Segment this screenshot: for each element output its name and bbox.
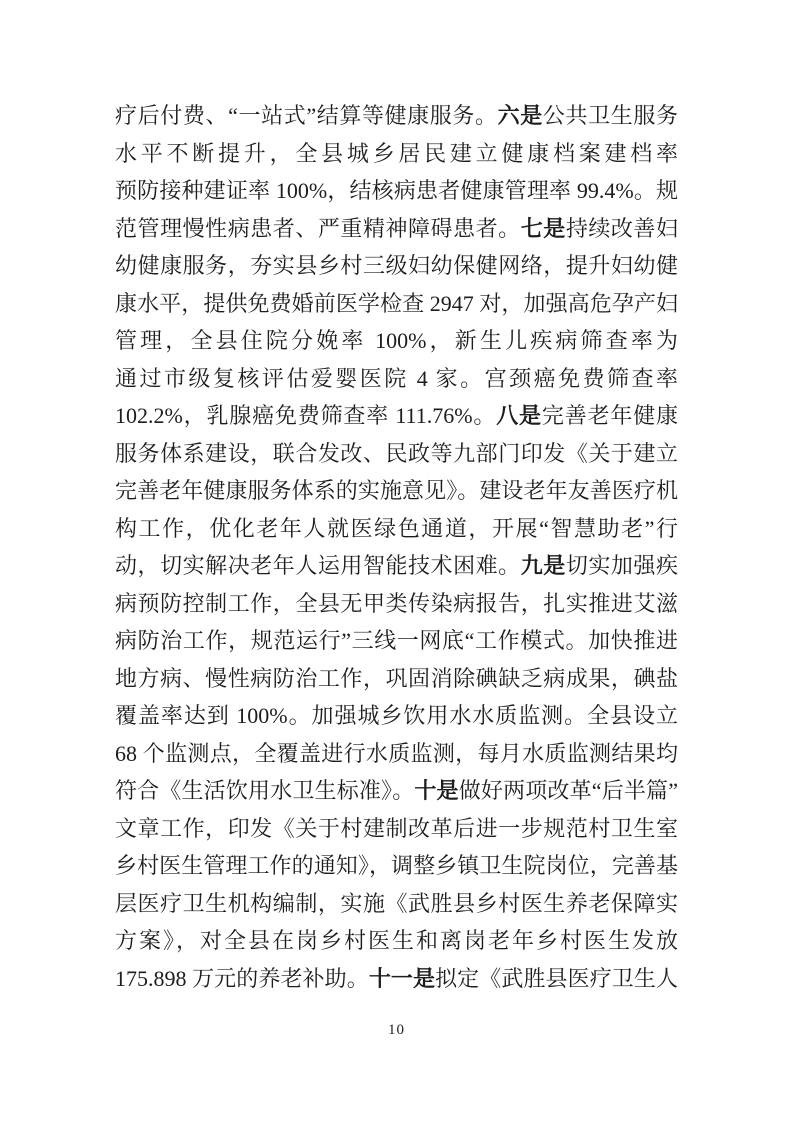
text-run: 病防治工作，规范运行”三线一网底“工作模式。加快推进 (115, 628, 678, 653)
text-line: 病防治工作，规范运行”三线一网底“工作模式。加快推进 (115, 622, 678, 660)
text-run: 动，切实解决老年人运用智能技术困难。 (115, 553, 521, 578)
text-line: 管理，全县住院分娩率 100%，新生儿疾病筛查率为 98%， (115, 322, 678, 360)
text-line: 乡村医生管理工作的通知》，调整乡镇卫生院岗位，完善基 (115, 847, 678, 885)
text-line: 层医疗卫生机构编制，实施《武胜县乡村医生养老保障实施 (115, 885, 678, 923)
text-line: 通过市级复核评估爱婴医院 4 家。宫颈癌免费筛查率 (115, 360, 678, 398)
text-line: 102.2%，乳腺癌免费筛查率 111.76%。八是完善老年健康 (115, 397, 678, 435)
text-line: 服务体系建设，联合发改、民政等九部门印发《关于建立 (115, 435, 678, 473)
text-run: 预防接种建证率 100%，结核病患者健康管理率 99.4%。规 (115, 178, 678, 203)
emphasis-run: 十是 (414, 778, 458, 803)
emphasis-run: 六是 (498, 103, 543, 128)
text-run: 地方病、慢性病防治工作，巩固消除碘缺乏病成果，碘盐 (115, 666, 678, 691)
text-run: 服务体系建设，联合发改、民政等九部门印发《关于建立 (115, 441, 678, 466)
text-block: 疗后付费、“一站式”结算等健康服务。六是公共卫生服务水平不断提升，全县城乡居民建… (115, 97, 678, 997)
text-line: 68 个监测点，全覆盖进行水质监测，每月水质监测结果均 (115, 735, 678, 773)
text-run: 构工作，优化老年人就医绿色通道，开展“智慧助老”行 (115, 516, 678, 541)
text-line: 覆盖率达到 100%。加强城乡饮用水水质监测。全县设立 (115, 697, 678, 735)
text-run: 层医疗卫生机构编制，实施《武胜县乡村医生养老保障实施 (115, 891, 678, 923)
text-run: 病预防控制工作，全县无甲类传染病报告，扎实推进艾滋 (115, 591, 678, 616)
document-page: 疗后付费、“一站式”结算等健康服务。六是公共卫生服务水平不断提升，全县城乡居民建… (0, 0, 793, 1122)
text-line: 175.898 万元的养老补助。十一是拟定《武胜县医疗卫生人 (115, 960, 678, 998)
text-run: 水平不断提升，全县城乡居民建立健康档案建档率 95.35%， (115, 141, 678, 173)
text-line: 符合《生活饮用水卫生标准》。十是做好两项改革“后半篇” (115, 772, 678, 810)
text-line: 完善老年健康服务体系的实施意见》。建设老年友善医疗机 (115, 472, 678, 510)
emphasis-run: 八是 (496, 403, 542, 428)
text-run: 方案》，对全县在岗乡村医生和离岗老年乡村医生发放 (115, 928, 678, 953)
text-run: 102.2%，乳腺癌免费筛查率 111.76%。 (115, 403, 496, 428)
text-line: 文章工作，印发《关于村建制改革后进一步规范村卫生室及 (115, 810, 678, 848)
text-run: 范管理慢性病患者、严重精神障碍患者。 (115, 216, 521, 241)
text-line: 动，切实解决老年人运用智能技术困难。九是切实加强疾 (115, 547, 678, 585)
text-run: 幼健康服务，夯实县乡村三级妇幼保健网络，提升妇幼健 (115, 253, 678, 278)
text-run: 文章工作，印发《关于村建制改革后进一步规范村卫生室及 (115, 816, 678, 848)
text-line: 地方病、慢性病防治工作，巩固消除碘缺乏病成果，碘盐 (115, 660, 678, 698)
text-line: 预防接种建证率 100%，结核病患者健康管理率 99.4%。规 (115, 172, 678, 210)
text-run: 拟定《武胜县医疗卫生人 (435, 966, 678, 991)
text-run: 公共卫生服务 (543, 103, 678, 128)
text-run: 管理，全县住院分娩率 100%，新生儿疾病筛查率为 98%， (115, 328, 678, 360)
text-run: 切实加强疾 (566, 553, 678, 578)
text-run: 175.898 万元的养老补助。 (115, 966, 369, 991)
text-line: 病预防控制工作，全县无甲类传染病报告，扎实推进艾滋 (115, 585, 678, 623)
text-run: 做好两项改革“后半篇” (459, 778, 678, 803)
text-run: 康水平，提供免费婚前医学检查 2947 对，加强高危孕产妇 (115, 291, 678, 316)
text-run: 完善老年健康服务体系的实施意见》。建设老年友善医疗机 (115, 478, 678, 503)
emphasis-run: 九是 (521, 553, 566, 578)
text-line: 构工作，优化老年人就医绿色通道，开展“智慧助老”行 (115, 510, 678, 548)
text-run: 疗后付费、“一站式”结算等健康服务。 (115, 103, 498, 128)
text-run: 通过市级复核评估爱婴医院 4 家。宫颈癌免费筛查率 (115, 366, 678, 391)
emphasis-run: 七是 (521, 216, 566, 241)
text-run: 符合《生活饮用水卫生标准》。 (115, 778, 414, 803)
page-number: 10 (0, 1020, 793, 1040)
text-line: 范管理慢性病患者、严重精神障碍患者。七是持续改善妇 (115, 210, 678, 248)
text-line: 方案》，对全县在岗乡村医生和离岗老年乡村医生发放 (115, 922, 678, 960)
text-run: 持续改善妇 (566, 216, 678, 241)
text-run: 完善老年健康 (542, 403, 678, 428)
emphasis-run: 十一是 (369, 966, 435, 991)
text-run: 68 个监测点，全覆盖进行水质监测，每月水质监测结果均 (115, 741, 678, 766)
text-line: 幼健康服务，夯实县乡村三级妇幼保健网络，提升妇幼健 (115, 247, 678, 285)
text-line: 疗后付费、“一站式”结算等健康服务。六是公共卫生服务 (115, 97, 678, 135)
text-line: 水平不断提升，全县城乡居民建立健康档案建档率 95.35%， (115, 135, 678, 173)
text-line: 康水平，提供免费婚前医学检查 2947 对，加强高危孕产妇 (115, 285, 678, 323)
text-run: 覆盖率达到 100%。加强城乡饮用水水质监测。全县设立 (115, 703, 678, 728)
text-run: 乡村医生管理工作的通知》，调整乡镇卫生院岗位，完善基 (115, 853, 678, 878)
